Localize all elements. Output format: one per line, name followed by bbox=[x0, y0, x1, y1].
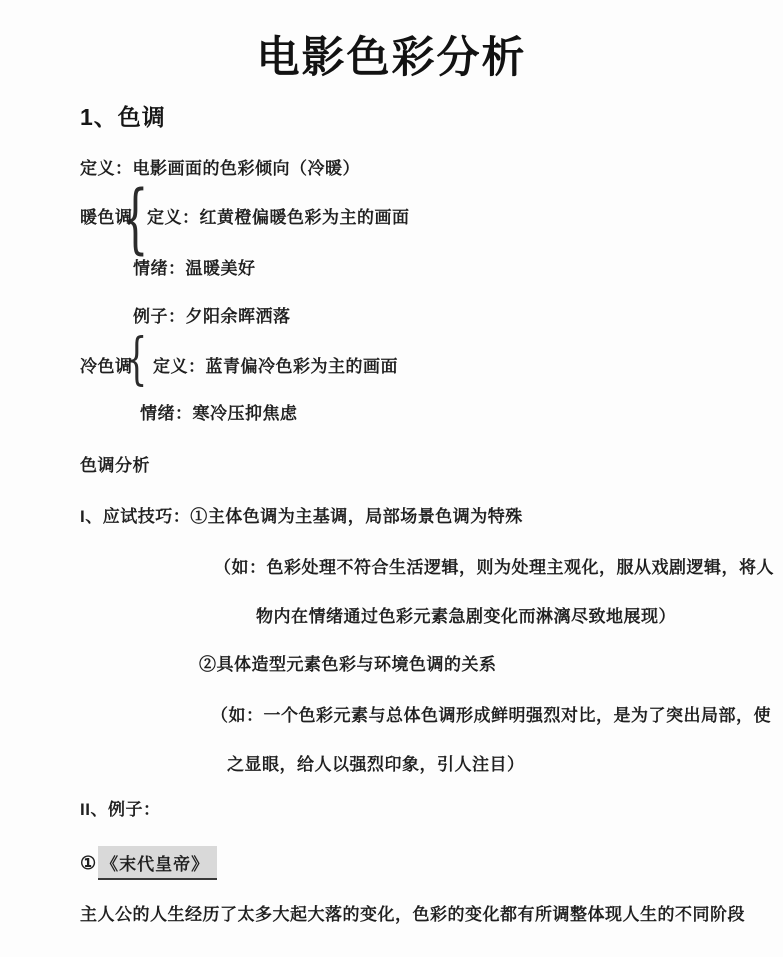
warm-tone-label: 暖色调 bbox=[80, 203, 133, 228]
warm-tone-emotion: 情绪：温暖美好 bbox=[133, 254, 256, 279]
exam-skills-line: I、应试技巧：①主体色调为主基调，局部场景色调为特殊 bbox=[80, 502, 523, 527]
tone-analysis-subheading: 色调分析 bbox=[80, 451, 150, 476]
example-film-title: 《末代皇帝》 bbox=[98, 846, 217, 880]
cool-tone-label: 冷色调 bbox=[80, 352, 133, 377]
examples-heading: II、例子： bbox=[80, 795, 160, 820]
cool-tone-emotion: 情绪：寒冷压抑焦虑 bbox=[140, 399, 298, 424]
cool-tone-definition: 定义：蓝青偏冷色彩为主的画面 bbox=[153, 352, 398, 377]
exam-note2-line1: （如：一个色彩元素与总体色调形成鲜明强烈对比，是为了突出局部，使 bbox=[211, 701, 771, 726]
document-page: 电影色彩分析 1、色调 定义：电影画面的色彩倾向（冷暖） { 暖色调 定义：红黄… bbox=[0, 0, 783, 957]
warm-tone-example: 例子：夕阳余晖洒落 bbox=[133, 302, 291, 327]
example-description: 主人公的人生经历了太多大起大落的变化，色彩的变化都有所调整体现人生的不同阶段 bbox=[80, 900, 745, 925]
section-heading: 1、色调 bbox=[80, 99, 166, 132]
exam-note1-line2: 物内在情绪通过色彩元素急剧变化而淋漓尽致地展现） bbox=[256, 602, 676, 627]
warm-tone-definition: 定义：红黄橙偏暖色彩为主的画面 bbox=[147, 203, 410, 228]
exam-point2-line: ②具体造型元素色彩与环境色调的关系 bbox=[199, 650, 497, 675]
example-film-row: ① 《末代皇帝》 bbox=[80, 846, 217, 880]
document-title: 电影色彩分析 bbox=[0, 24, 783, 85]
exam-note1-line1: （如：色彩处理不符合生活逻辑，则为处理主观化，服从戏剧逻辑，将人 bbox=[214, 553, 774, 578]
exam-note2-line2: 之显眼，给人以强烈印象，引人注目） bbox=[227, 750, 525, 775]
example-index: ① bbox=[80, 853, 96, 874]
tone-definition-line: 定义：电影画面的色彩倾向（冷暖） bbox=[80, 154, 360, 179]
